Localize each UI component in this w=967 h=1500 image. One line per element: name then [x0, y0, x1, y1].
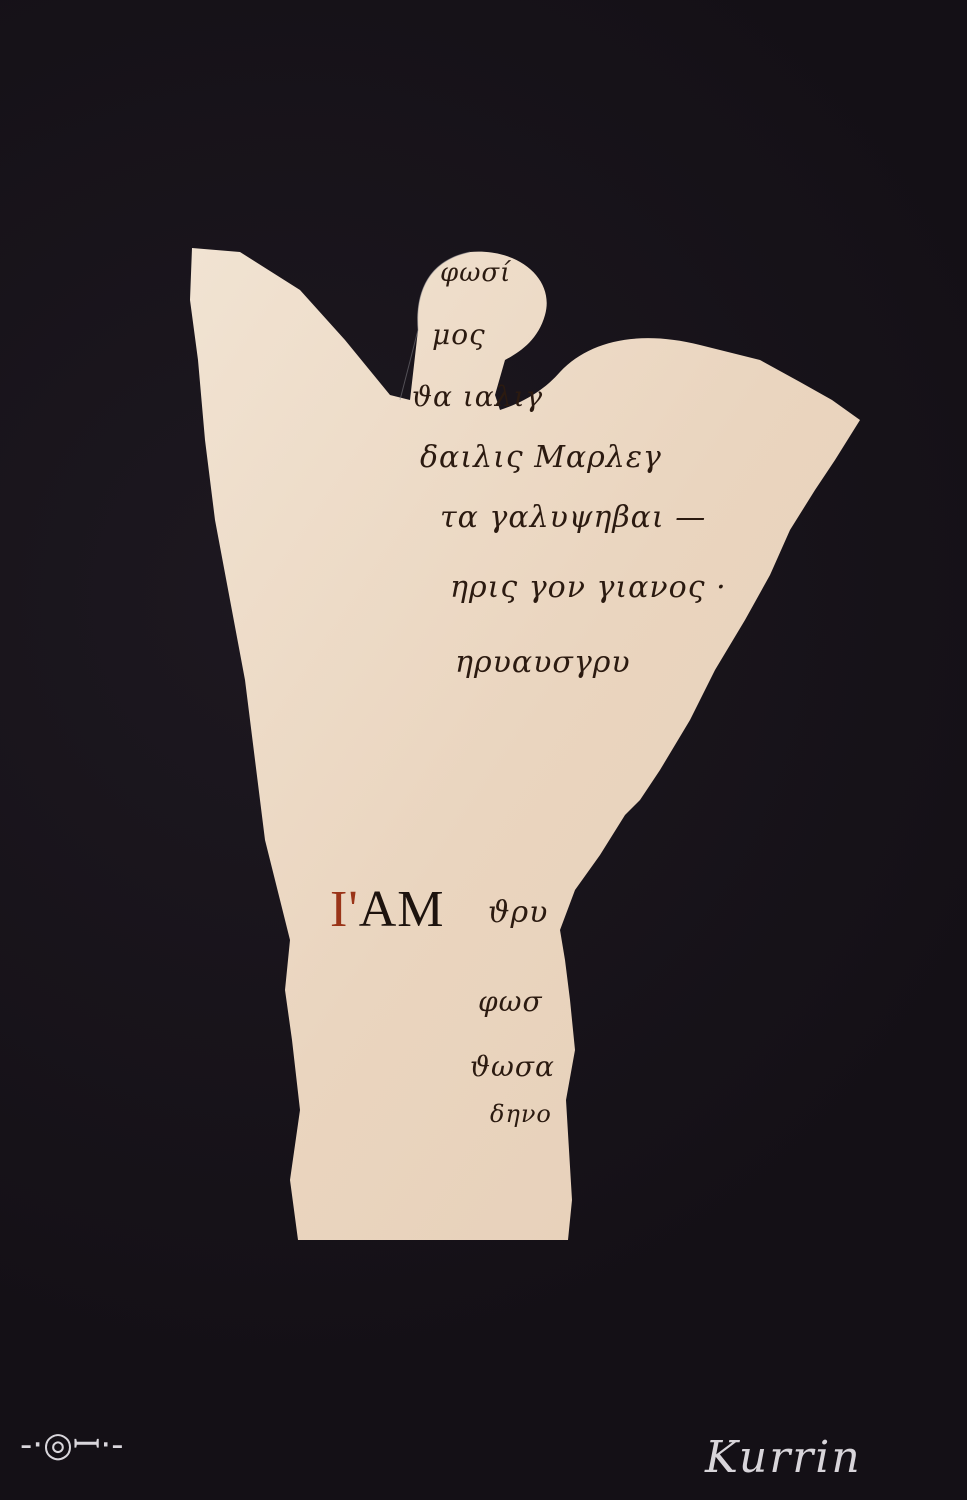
black-letters: AM [359, 881, 445, 938]
red-initial: I [330, 881, 348, 938]
manuscript-line: φωσί [440, 258, 511, 288]
manuscript-line: δαιλις Μαρλεγ [420, 440, 662, 475]
monogram-signature: -·◎ꟷ·- [20, 1420, 124, 1466]
artwork-canvas: φωσί μος ϑα ιαλιγ δαιλις Μαρλεγ τα γαλυψ… [0, 0, 967, 1500]
iam-inscription: I'AM [330, 880, 445, 939]
manuscript-line: μος [432, 318, 486, 351]
manuscript-line: ηρυαυσγρυ [455, 645, 631, 680]
artist-signature: Kurrin [705, 1432, 862, 1483]
paper-angel-shape [0, 0, 967, 1500]
manuscript-line: τα γαλυψηβαι — [440, 500, 706, 535]
manuscript-line: δηνο [490, 1100, 552, 1128]
manuscript-line: ϑωσα [470, 1050, 555, 1083]
manuscript-line: ϑα ιαλιγ [412, 380, 543, 413]
manuscript-line: ηρις γον γιανος · [450, 570, 727, 605]
apostrophe: ' [348, 881, 358, 938]
manuscript-line: ϑρυ [488, 895, 548, 930]
manuscript-line: φωσ [478, 985, 543, 1018]
